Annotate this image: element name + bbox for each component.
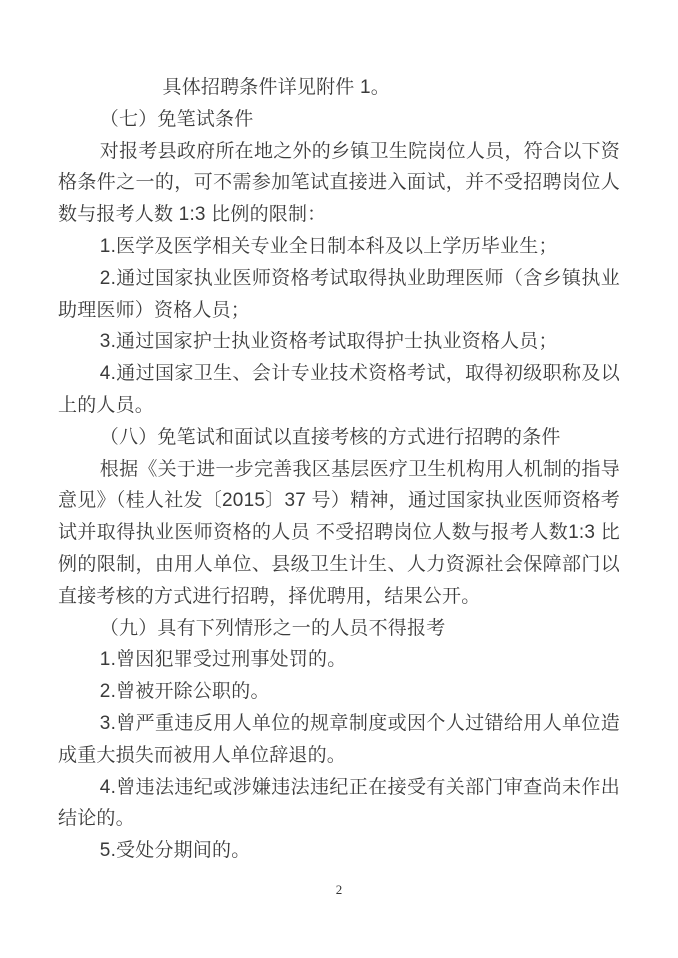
section-7-item-3: 3.通过国家护士执业资格考试取得护士执业资格人员；	[58, 326, 620, 358]
section-9-item-4: 4.曾违法违纪或涉嫌违法违纪正在接受有关部门审查尚未作出结论的。	[58, 772, 620, 836]
page-number: 2	[0, 882, 678, 898]
section-7-heading: （七）免笔试条件	[58, 104, 620, 136]
section-9-item-2: 2.曾被开除公职的。	[58, 676, 620, 708]
section-8-body: 根据《关于进一步完善我区基层医疗卫生机构用人机制的指导意见》（桂人社发〔2015…	[58, 454, 620, 613]
section-9-item-5: 5.受处分期间的。	[58, 835, 620, 867]
section-9-item-3: 3.曾严重违反用人单位的规章制度或因个人过错给用人单位造成重大损失而被用人单位辞…	[58, 708, 620, 772]
section-7-item-4: 4.通过国家卫生、会计专业技术资格考试，取得初级职称及以上的人员。	[58, 358, 620, 422]
section-7-item-2: 2.通过国家执业医师资格考试取得执业助理医师（含乡镇执业助理医师）资格人员；	[58, 263, 620, 327]
attachment-note: 具体招聘条件详见附件 1。	[58, 72, 620, 104]
document-body: 具体招聘条件详见附件 1。 （七）免笔试条件 对报考县政府所在地之外的乡镇卫生院…	[58, 72, 620, 867]
section-7-intro: 对报考县政府所在地之外的乡镇卫生院岗位人员，符合以下资格条件之一的，可不需参加笔…	[58, 136, 620, 231]
section-8-heading: （八）免笔试和面试以直接考核的方式进行招聘的条件	[58, 422, 620, 454]
section-7-item-1: 1.医学及医学相关专业全日制本科及以上学历毕业生；	[58, 231, 620, 263]
document-page: 具体招聘条件详见附件 1。 （七）免笔试条件 对报考县政府所在地之外的乡镇卫生院…	[0, 0, 678, 958]
section-9-item-1: 1.曾因犯罪受过刑事处罚的。	[58, 644, 620, 676]
section-9-heading: （九）具有下列情形之一的人员不得报考	[58, 613, 620, 645]
